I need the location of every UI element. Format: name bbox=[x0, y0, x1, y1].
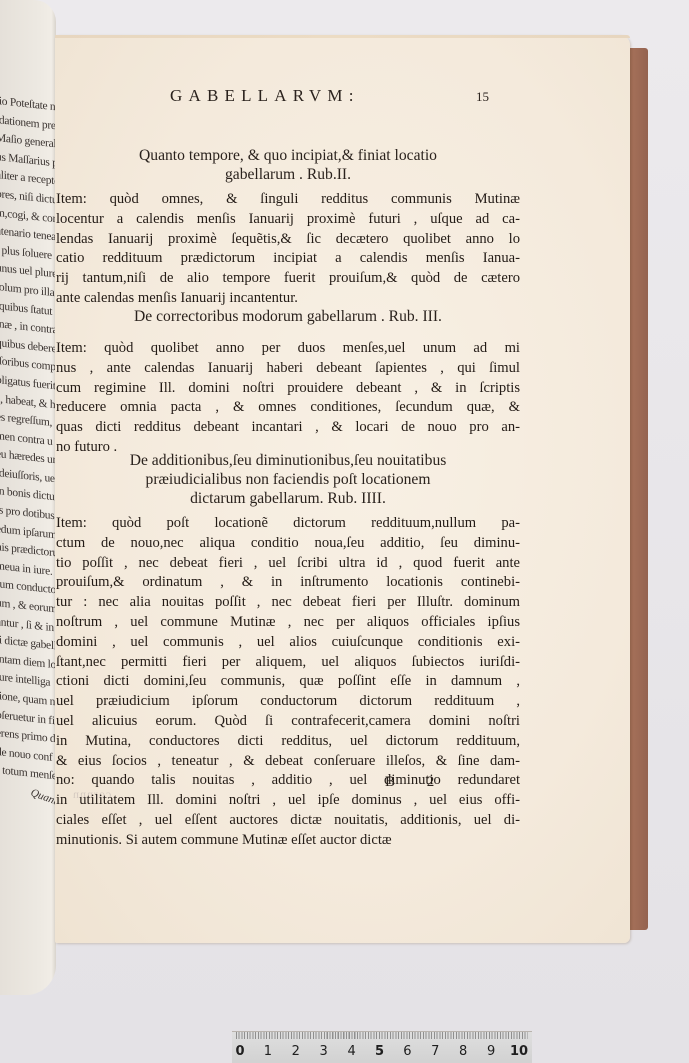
paragraph-rubric-3: Item: quòd quolibet anno per duos menſes… bbox=[56, 339, 520, 458]
signature-mark: B 2 bbox=[385, 774, 448, 791]
page-number: 15 bbox=[476, 89, 489, 105]
text-line: minutionis. Si autem commune Mutinæ eſſe… bbox=[56, 831, 520, 851]
ruler-label: 7 bbox=[431, 1044, 439, 1059]
text-line: catio reddituum prædictorum incipiat a c… bbox=[56, 249, 520, 269]
text-line: tio poſſit , nec debeat fieri , uel ſcri… bbox=[56, 554, 520, 574]
text-line: Item: quòd omnes, & ſinguli redditus com… bbox=[56, 190, 520, 210]
rubric-heading-2: Quanto tempore, & quo incipiat,& finiat … bbox=[56, 146, 520, 184]
text-line: locentur a calendis menſis Ianuarij prox… bbox=[56, 210, 520, 230]
page-top-edge bbox=[55, 35, 630, 38]
text-line: in Mutina, conductores dicti redditus, u… bbox=[56, 732, 520, 752]
text-line: ctioni dicti domini,ſeu communis, quæ po… bbox=[56, 672, 520, 692]
text-line: ante calendas menſis Ianuarij incantentu… bbox=[56, 289, 520, 309]
text-line: no: quando talis nouitas , additio , uel… bbox=[56, 771, 520, 791]
ruler-label: 0 bbox=[235, 1044, 244, 1059]
rubric-line: præiudicialibus non faciendis poſt locat… bbox=[56, 470, 520, 489]
text-line: ſtant,nec permitti fieri per aliquem, ue… bbox=[56, 653, 520, 673]
facing-page-text: ſio Poteſtate noſdationem preMaſio gener… bbox=[0, 92, 56, 787]
text-line: reducere omnia pacta , & omnes condition… bbox=[56, 398, 520, 418]
text-line: noſtrum , uel commune Mutinæ , nec per a… bbox=[56, 613, 520, 633]
text-line: nus , ante calendas Ianuarij haberi debe… bbox=[56, 359, 520, 379]
ruler-label: 9 bbox=[487, 1044, 495, 1059]
rubric-heading-4: De additionibus,ſeu diminutionibus,ſeu n… bbox=[56, 451, 520, 508]
ruler-label: 2 bbox=[292, 1044, 300, 1059]
ruler-label: 5 bbox=[375, 1044, 384, 1059]
ruler-label: 4 bbox=[347, 1044, 355, 1059]
ruler-label: 3 bbox=[320, 1044, 328, 1059]
text-line: rij tantum,niſi de alio tempore fuerit p… bbox=[56, 269, 520, 289]
ruler-label: 10 bbox=[510, 1044, 528, 1059]
ruler-labels: 012345678910 bbox=[232, 1044, 532, 1062]
scale-ruler: 012345678910 bbox=[232, 1031, 532, 1063]
rubric-line: gabellarum . Rub.II. bbox=[56, 165, 520, 184]
facing-page-catchword: Quanto bbox=[29, 787, 56, 810]
rubric-line: dictarum gabellarum. Rub. IIII. bbox=[56, 489, 520, 508]
text-line: Item: quòd quolibet anno per duos menſes… bbox=[56, 339, 520, 359]
text-line: ctum de nouo,nec aliqua conditio noua,ſe… bbox=[56, 534, 520, 554]
rubric-line: Quanto tempore, & quo incipiat,& finiat … bbox=[56, 146, 520, 165]
ruler-label: 1 bbox=[264, 1044, 272, 1059]
show-through-text: cornnn bbox=[72, 787, 111, 802]
rubric-line: De additionibus,ſeu diminutionibus,ſeu n… bbox=[56, 451, 520, 470]
ruler-label: 6 bbox=[403, 1044, 411, 1059]
text-line: tur : nec alia nouitas poſſit , nec debe… bbox=[56, 593, 520, 613]
ruler-label: 8 bbox=[459, 1044, 467, 1059]
text-line: in utilitatem Ill. domini noſtri , uel i… bbox=[56, 791, 520, 811]
text-line: uel præiudicium ipſorum conductorum dict… bbox=[56, 692, 520, 712]
rubric-heading-3: De correctoribus modorum gabellarum . Ru… bbox=[56, 307, 520, 326]
running-head: GABELLARVM: bbox=[170, 86, 360, 106]
text-line: quas dicti redditus debeant incantari , … bbox=[56, 418, 520, 438]
rubric-line: De correctoribus modorum gabellarum . Ru… bbox=[56, 307, 520, 326]
ruler-ticks bbox=[236, 1032, 528, 1044]
text-line: ciales eſſet , uel eſſent auctores dictæ… bbox=[56, 811, 520, 831]
text-line: Item: quòd poſt locationẽ dictorum reddi… bbox=[56, 514, 520, 534]
text-line: & eius ſocios , teneatur , & debeat conſ… bbox=[56, 752, 520, 772]
paragraph-rubric-4: Item: quòd poſt locationẽ dictorum reddi… bbox=[56, 514, 520, 851]
text-line: domini , uel communis , uel alios cuiuſc… bbox=[56, 633, 520, 653]
facing-page-left: ſio Poteſtate noſdationem preMaſio gener… bbox=[0, 0, 56, 995]
text-line: cum regimine Ill. domini noſtri prouider… bbox=[56, 379, 520, 399]
text-line: prouiſum,& ordinatum , & in inſtrumento … bbox=[56, 573, 520, 593]
text-line: lendas Ianuarij proximè ſequẽtis,& ſic d… bbox=[56, 230, 520, 250]
paragraph-rubric-2: Item: quòd omnes, & ſinguli redditus com… bbox=[56, 190, 520, 309]
text-line: uel alicuius eorum. Quòd ſi contrafeceri… bbox=[56, 712, 520, 732]
